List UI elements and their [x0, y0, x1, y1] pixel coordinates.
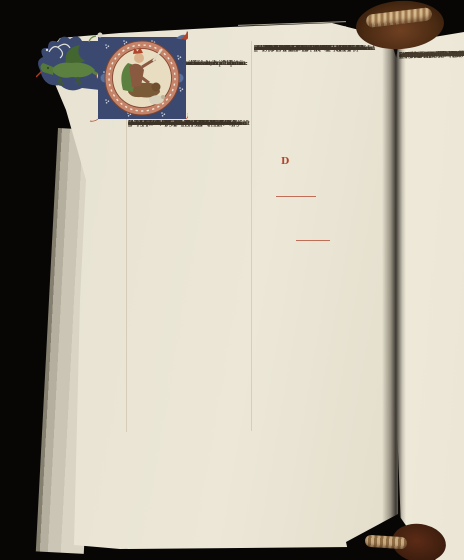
dragon-icon: [36, 36, 103, 90]
text-line: petebam: que malo meo fortasse accipe: [254, 44, 359, 53]
left-column-intro-text: s innomine tuo saluumme fac: et inuirtut…: [184, 59, 248, 113]
left-column-1-text: morum suo: spem de ocultata mercedemerit…: [128, 119, 249, 435]
left-column-2-text: cui e punitio s. distortio; Nam in quoda…: [254, 44, 391, 430]
rubric-underline: [296, 240, 330, 241]
manuscript-photo: s innomine tuo saluumme fac: et inuirtut…: [0, 0, 464, 560]
rubric-underline: [276, 196, 316, 197]
ruling-line: [251, 41, 252, 431]
historiated-initial: [36, 30, 188, 122]
rubric-initial-d: D: [281, 156, 289, 167]
text-line: habens mocruto boni: [184, 59, 241, 68]
text-line: stam uel nolle alienos ipsos; In: [399, 50, 464, 60]
right-page-text: hec dicimus obsecram9 et nampotauerunt f…: [399, 50, 464, 443]
gutter-shadow: [382, 28, 406, 544]
